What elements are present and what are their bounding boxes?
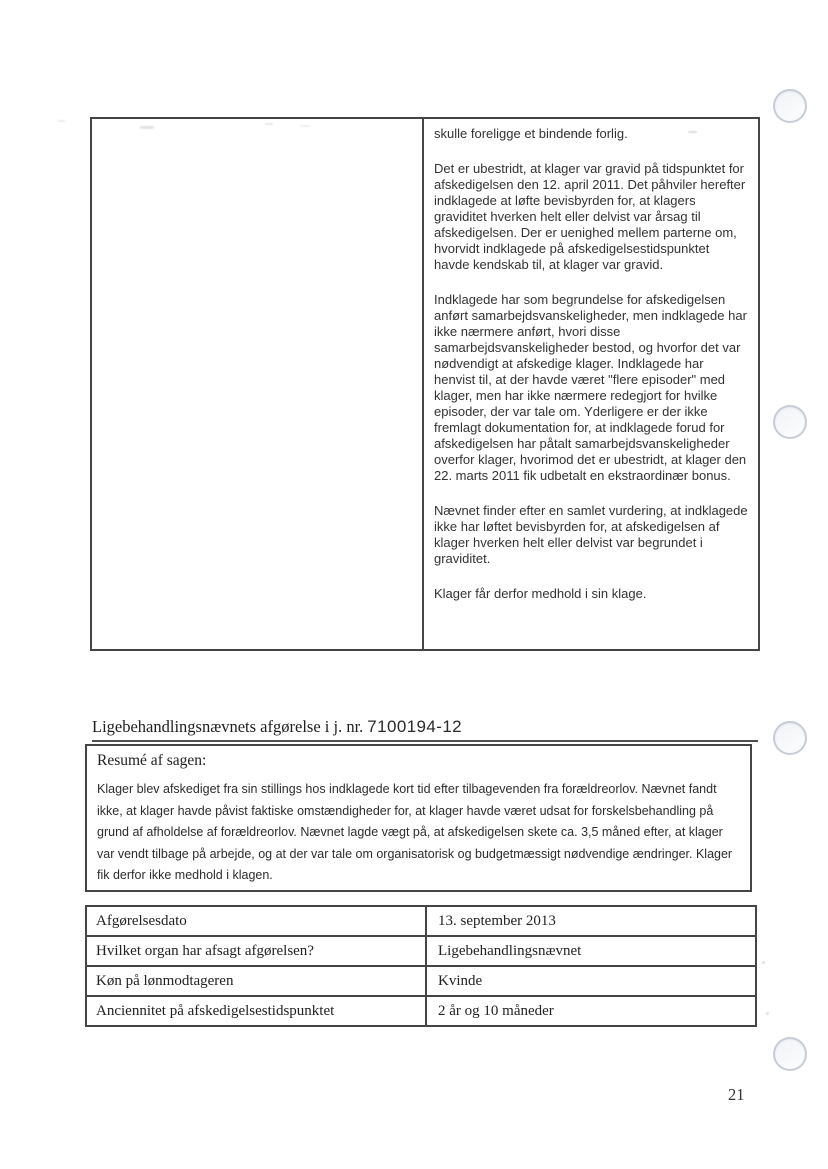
decision-paragraph: skulle foreligge et bindende forlig. [434,126,748,142]
table-row-value: Kvinde [427,973,755,990]
table-row: Hvilket organ har afsagt afgørelsen? Lig… [87,935,755,965]
resume-text: Klager blev afskediget fra sin stillings… [97,779,738,887]
table-row: Køn på lønmodtageren Kvinde [87,965,755,995]
table-row-label: Afgørelsesdato [87,907,427,935]
scan-artifact [58,120,65,122]
table-row: Anciennitet på afskedigelsestidspunktet … [87,995,755,1025]
table-row-value: Ligebehandlingsnævnet [427,943,755,960]
decision-paragraph: Indklagede har som begrundelse for afske… [434,292,748,484]
section-heading: Ligebehandlingsnævnets afgørelse i j. nr… [92,717,758,742]
hole-punch-icon [773,721,807,755]
decision-paragraph: Klager får derfor medhold i sin klage. [434,586,748,602]
heading-case-number: 7100194-12 [367,717,462,736]
decision-text-table: skulle foreligge et bindende forlig. Det… [90,117,760,651]
table-row: Afgørelsesdato 13. september 2013 [87,907,755,935]
hole-punch-icon [773,89,807,123]
document-page: skulle foreligge et bindende forlig. Det… [0,0,828,1169]
hole-punch-icon [773,405,807,439]
hole-punch-icon [773,1037,807,1071]
table-row-label: Køn på lønmodtageren [87,967,427,995]
table-row-label: Hvilket organ har afsagt afgørelsen? [87,937,427,965]
details-table: Afgørelsesdato 13. september 2013 Hvilke… [85,905,757,1027]
scan-artifact [766,1012,769,1015]
resume-label: Resumé af sagen: [97,752,738,770]
page-number: 21 [728,1085,745,1105]
table-row-value: 13. september 2013 [427,913,755,930]
resume-box: Resumé af sagen: Klager blev afskediget … [85,744,752,892]
table-row-label: Anciennitet på afskedigelsestidspunktet [87,997,427,1025]
decision-table-text-cell: skulle foreligge et bindende forlig. Det… [424,119,758,649]
decision-table-empty-cell [92,119,424,649]
decision-paragraph: Nævnet finder efter en samlet vurdering,… [434,503,748,567]
scan-artifact [762,961,765,964]
decision-paragraph: Det er ubestridt, at klager var gravid p… [434,161,748,273]
heading-text: Ligebehandlingsnævnets afgørelse i j. nr… [92,717,363,736]
table-row-value: 2 år og 10 måneder [427,1003,755,1020]
